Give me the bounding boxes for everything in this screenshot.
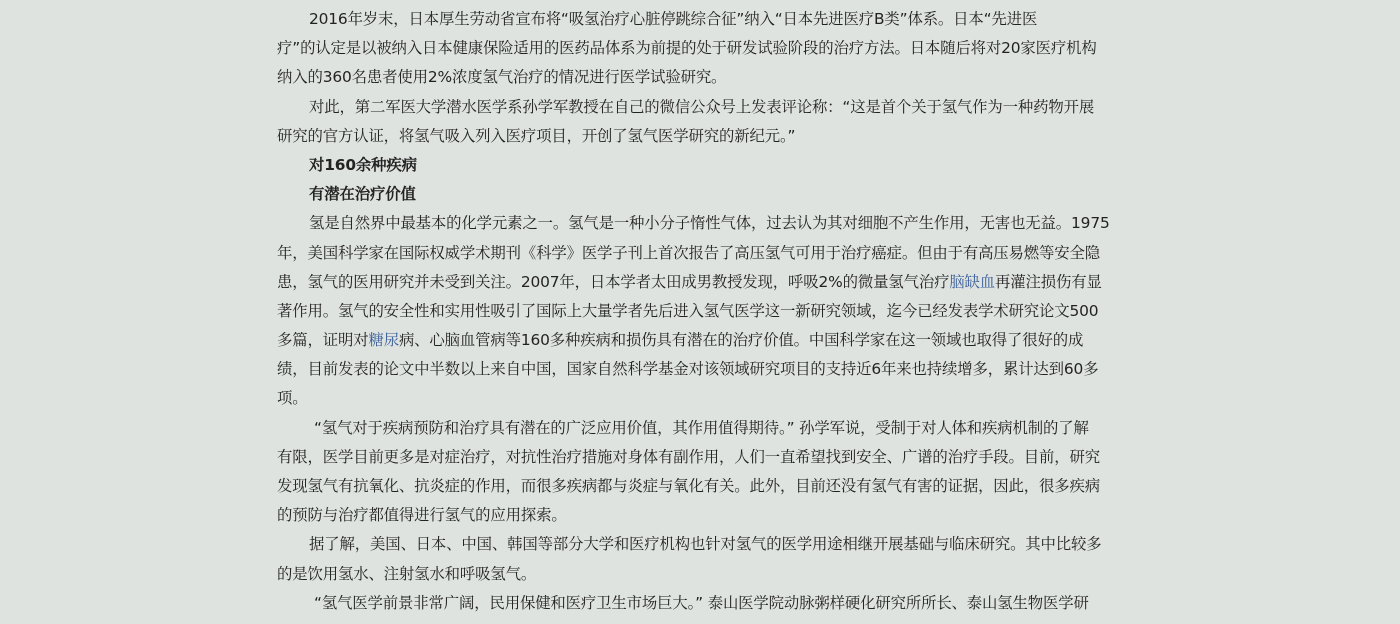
text-line: 项。: [277, 384, 1137, 413]
heading-line: 对160余种疾病: [277, 151, 1137, 180]
text-line: 疗”的认定是以被纳入日本健康保险适用的医药品体系为前提的处于研发试验阶段的治疗方…: [277, 34, 1137, 63]
paragraph-sun-quote: “氢气对于疾病预防和治疗具有潜在的广泛应用价值，其作用值得期待。” 孙学军说，受…: [277, 414, 1137, 531]
text-span: 再灌注损伤有显: [995, 273, 1102, 291]
paragraph-japan-policy: 2016年岁末，日本厚生劳动省宣布将“吸氢治疗心脏停跳综合征”纳入“日本先进医疗…: [277, 5, 1137, 93]
text-line: 年，美国科学家在国际权威学术期刊《科学》医学子刊上首次报告了高压氢气可用于治疗癌…: [277, 239, 1137, 268]
text-line: 多篇，证明对糖尿病、心脑血管病等160多种疾病和损伤具有潜在的治疗价值。中国科学…: [277, 326, 1137, 355]
paragraph-hydrogen-history: 氢是自然界中最基本的化学元素之一。氢气是一种小分子惰性气体，过去认为其对细胞不产…: [277, 209, 1137, 413]
text-line: 发现氢气有抗氧化、抗炎症的作用，而很多疾病都与炎症与氧化有关。此外，目前还没有氢…: [277, 472, 1137, 501]
text-line: 氢是自然界中最基本的化学元素之一。氢气是一种小分子惰性气体，过去认为其对细胞不产…: [277, 209, 1137, 238]
text-line: “氢气医学前景非常广阔，民用保健和医疗卫生市场巨大。” 泰山医学院动脉粥样硬化研…: [277, 589, 1137, 618]
text-span: 患，氢气的医用研究并未受到关注。2007年，日本学者太田成男教授发现，呼吸2%的…: [277, 273, 949, 291]
text-line: “氢气对于疾病预防和治疗具有潜在的广泛应用价值，其作用值得期待。” 孙学军说，受…: [277, 414, 1137, 443]
paragraph-international-research: 据了解，美国、日本、中国、韩国等部分大学和医疗机构也针对氢气的医学用途相继开展基…: [277, 530, 1137, 588]
text-line: 患，氢气的医用研究并未受到关注。2007年，日本学者太田成男教授发现，呼吸2%的…: [277, 268, 1137, 297]
paragraph-sun-comment: 对此，第二军医大学潜水医学系孙学军教授在自己的微信公众号上发表评论称：“这是首个…: [277, 93, 1137, 151]
link-cerebral-ischemia[interactable]: 脑缺血: [949, 273, 995, 291]
text-line: 绩，目前发表的论文中半数以上来自中国，国家自然科学基金对该领域研究项目的支持近6…: [277, 355, 1137, 384]
heading-line: 有潜在治疗价值: [277, 180, 1137, 209]
text-line: 有限，医学目前更多是对症治疗，对抗性治疗措施对身体有副作用，人们一直希望找到安全…: [277, 443, 1137, 472]
link-diabetes[interactable]: 糖尿: [368, 331, 398, 349]
text-line: 据了解，美国、日本、中国、韩国等部分大学和医疗机构也针对氢气的医学用途相继开展基…: [277, 530, 1137, 559]
text-line: 2016年岁末，日本厚生劳动省宣布将“吸氢治疗心脏停跳综合征”纳入“日本先进医疗…: [277, 5, 1137, 34]
text-line: 的是饮用氢水、注射氢水和呼吸氢气。: [277, 560, 1137, 589]
text-line: 的预防与治疗都值得进行氢气的应用探索。: [277, 501, 1137, 530]
article-body: 2016年岁末，日本厚生劳动省宣布将“吸氢治疗心脏停跳综合征”纳入“日本先进医疗…: [277, 5, 1137, 618]
text-line: 研究的官方认证，将氢气吸入列入医疗项目，开创了氢气医学研究的新纪元。”: [277, 122, 1137, 151]
text-line: 纳入的360名患者使用2%浓度氢气治疗的情况进行医学试验研究。: [277, 63, 1137, 92]
text-line: 对此，第二军医大学潜水医学系孙学军教授在自己的微信公众号上发表评论称：“这是首个…: [277, 93, 1137, 122]
text-span: 多篇，证明对: [277, 331, 368, 349]
text-span: 病、心脑血管病等160多种疾病和损伤具有潜在的治疗价值。中国科学家在这一领域也取…: [399, 331, 1083, 349]
paragraph-market-quote: “氢气医学前景非常广阔，民用保健和医疗卫生市场巨大。” 泰山医学院动脉粥样硬化研…: [277, 589, 1137, 618]
section-heading: 对160余种疾病 有潜在治疗价值: [277, 151, 1137, 209]
text-line: 著作用。氢气的安全性和实用性吸引了国际上大量学者先后进入氢气医学这一新研究领域，…: [277, 297, 1137, 326]
